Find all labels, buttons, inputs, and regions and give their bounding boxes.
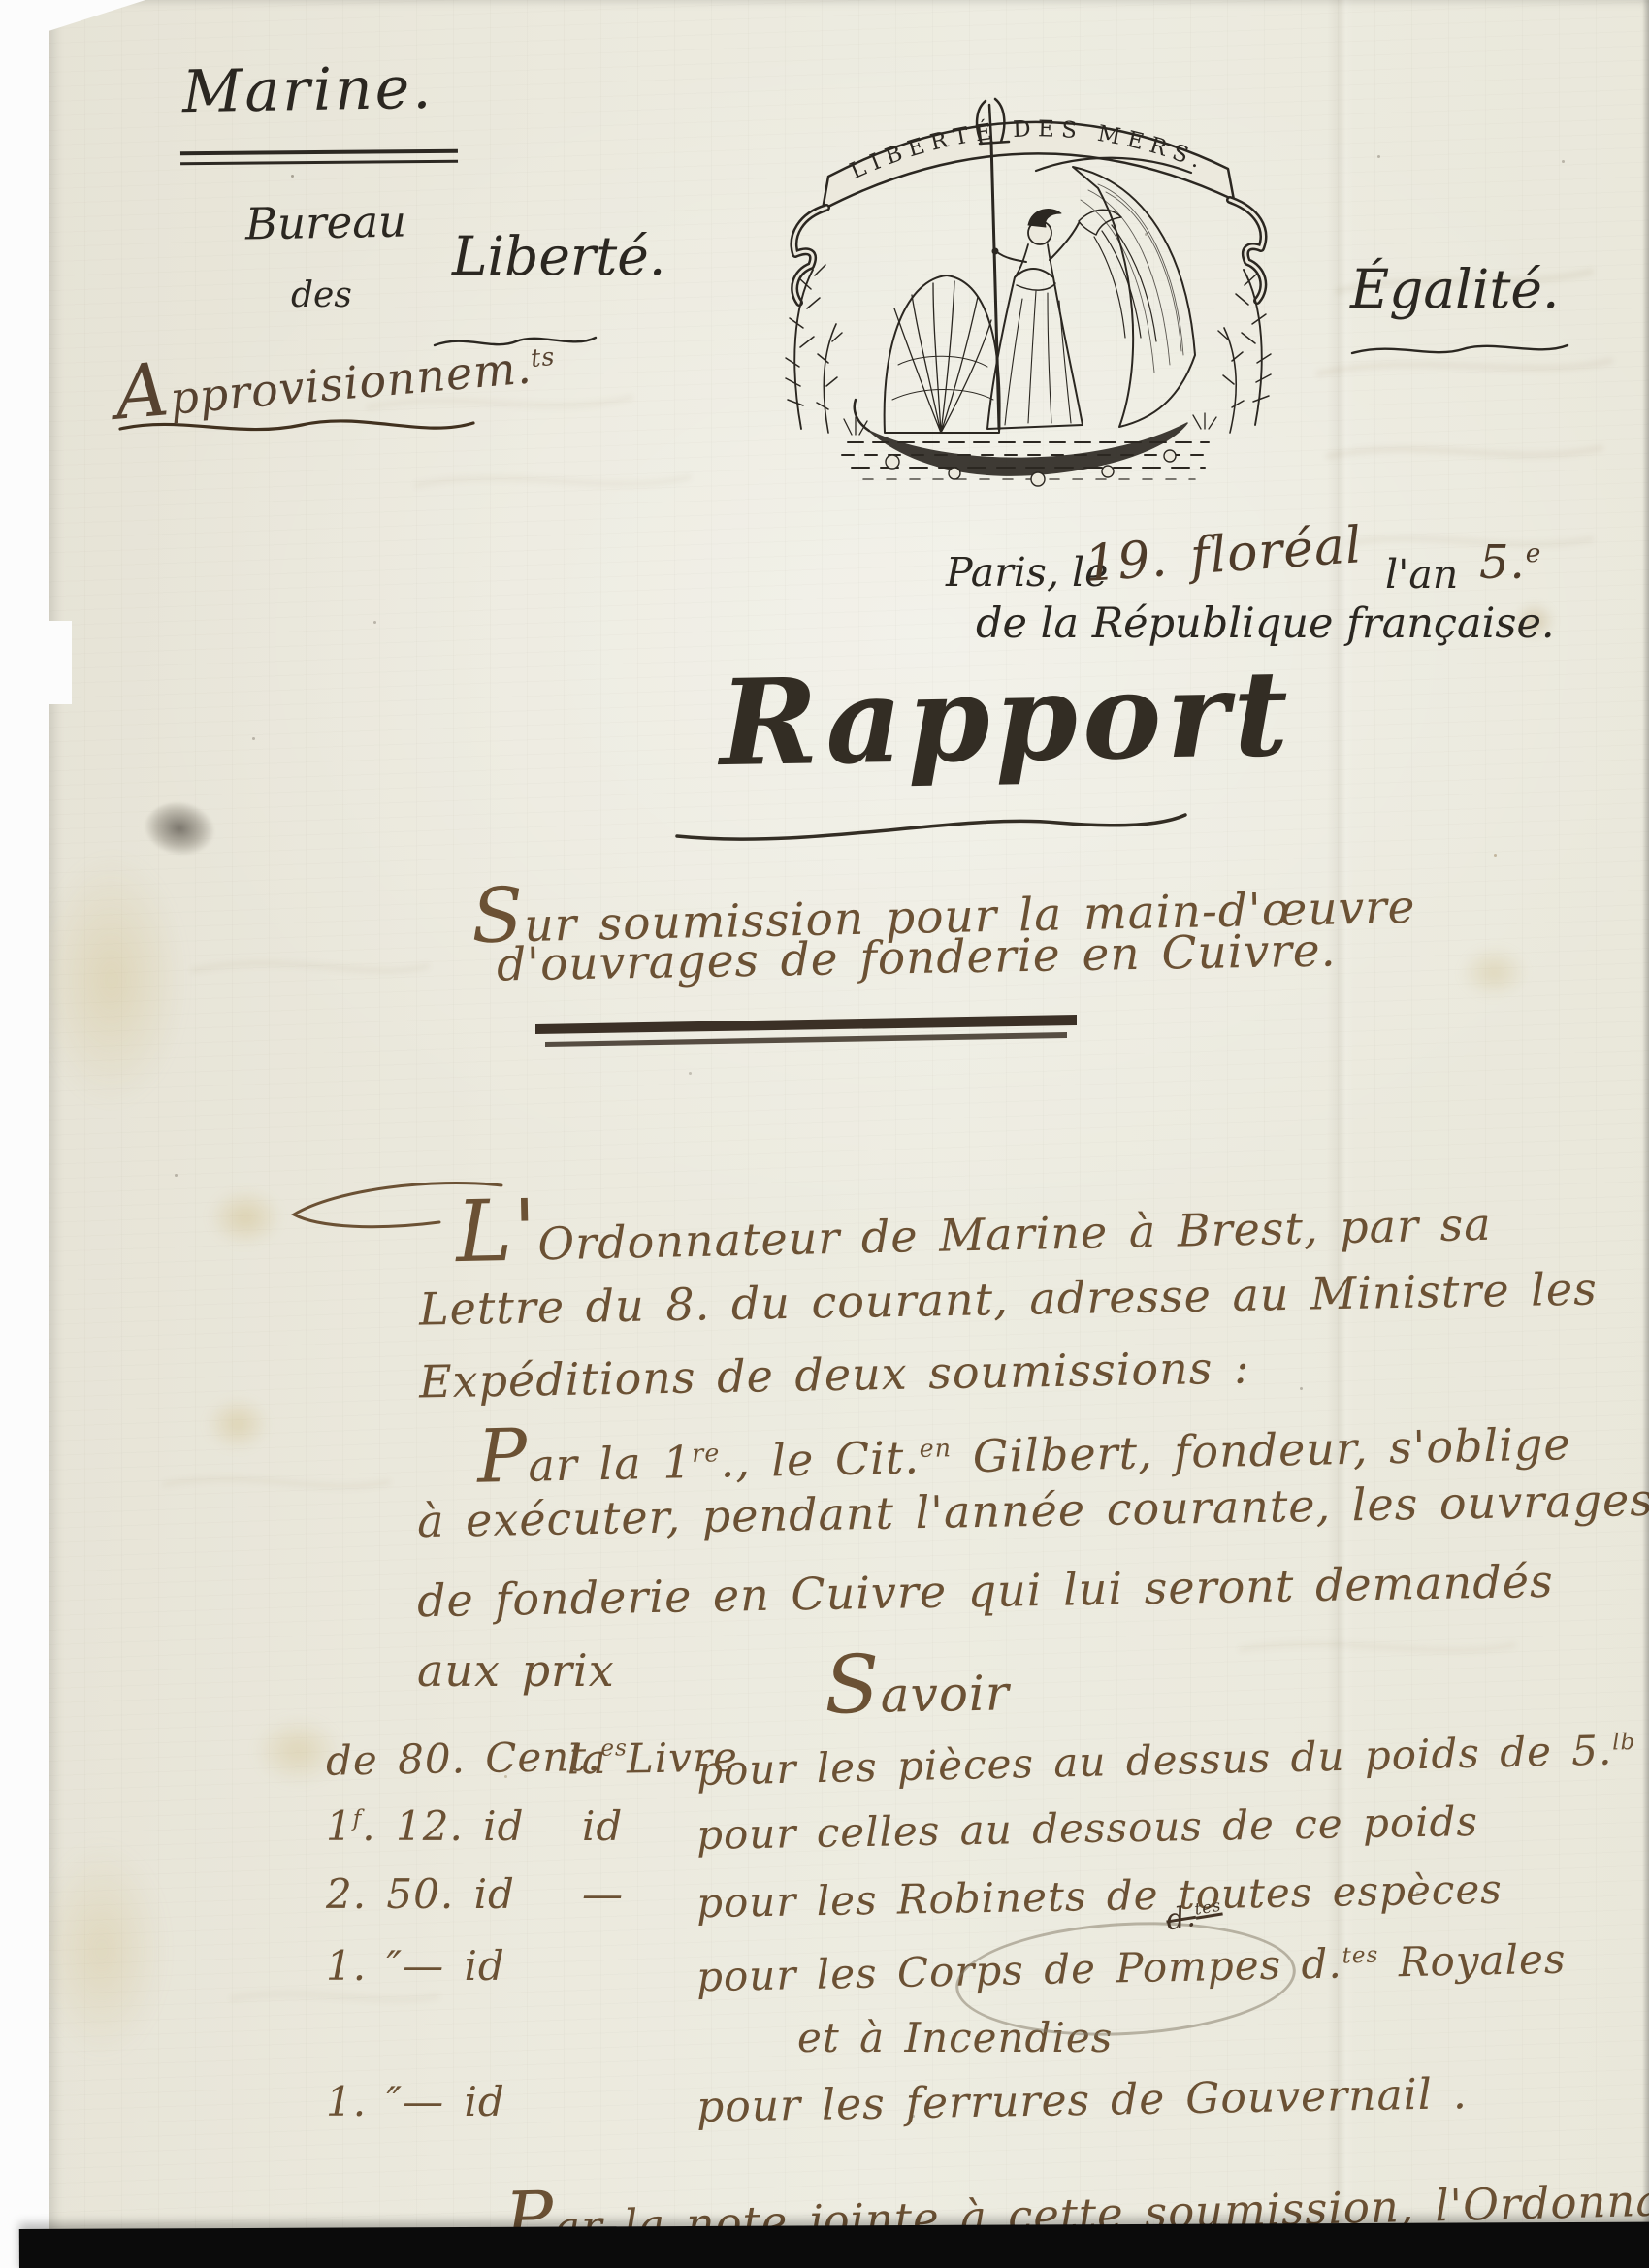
report-title: Rapport xyxy=(719,643,1294,793)
dateline-year: 5.e xyxy=(1479,535,1541,590)
price-row-amount: 1f. 12. id xyxy=(326,1802,524,1850)
paragraph2-line4: aux prix xyxy=(417,1644,615,1697)
sail xyxy=(1036,158,1195,427)
price-row-unit: id xyxy=(582,1802,623,1850)
scanned-letter-page: Marine. Bureau des Approvisionnem.ts Lib… xyxy=(0,0,1649,2268)
scanner-background-strip xyxy=(0,0,48,2268)
motto-right-flourish xyxy=(1348,338,1571,363)
bureau-label-line1: Bureau xyxy=(245,196,407,250)
price-row-amount: 1. ″— id xyxy=(326,1942,505,1990)
bureau-label-line2: des xyxy=(291,275,352,315)
scallop-shell xyxy=(885,275,1000,433)
motto-left-flourish xyxy=(431,330,600,355)
motto-left: Liberté. xyxy=(452,225,665,287)
right-edge-shadow xyxy=(1642,0,1649,2268)
dateline-an-label: l'an xyxy=(1385,551,1458,598)
department-label: Marine. xyxy=(181,54,434,127)
price-row-unit: — xyxy=(582,1870,624,1918)
bureau-flourish xyxy=(113,411,481,442)
liberty-figure xyxy=(987,210,1156,429)
subject-rule xyxy=(532,1013,1084,1053)
price-row-amount: 2. 50. id xyxy=(326,1870,515,1918)
savoir-label: Savoir xyxy=(824,1636,1010,1732)
price-row-amount: 1. ″— id xyxy=(326,2078,505,2125)
title-swash xyxy=(669,807,1193,848)
marine-vignette: LIBERTÉ DES MERS. xyxy=(747,45,1309,497)
dateline-line2: de la République française. xyxy=(976,599,1555,648)
motto-right: Égalité. xyxy=(1350,258,1559,320)
scan-edge-notch xyxy=(0,621,72,704)
boat-hull xyxy=(855,400,1187,475)
dust-specks xyxy=(291,175,294,178)
scan-bottom-bar xyxy=(19,2222,1649,2268)
department-rule xyxy=(180,149,458,165)
